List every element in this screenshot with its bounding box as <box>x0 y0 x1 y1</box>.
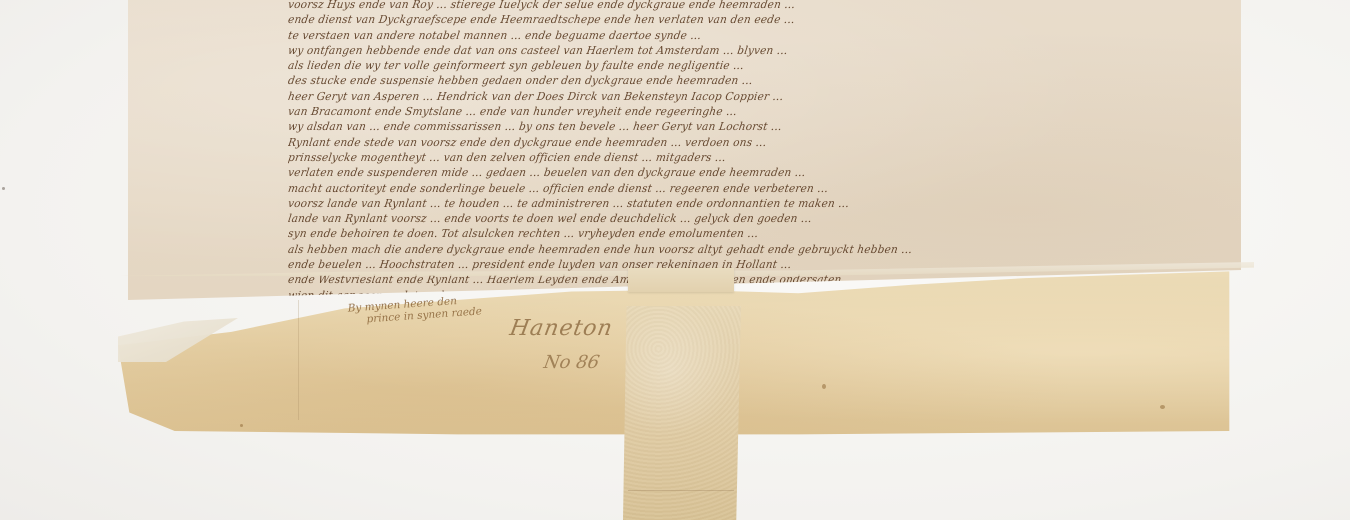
text-line: heer Geryt van Asperen ... Hendrick van … <box>288 89 1208 105</box>
seal-tag-upper <box>628 268 734 292</box>
seal-tag-strip <box>623 306 741 520</box>
secretary-signature: Haneton <box>508 316 615 341</box>
text-line: wy ontfangen hebbende ende dat van ons c… <box>288 44 1208 60</box>
text-line: Rynlant ende stede van voorsz ende den d… <box>288 135 1208 151</box>
text-line: voorsz lande van Rynlant ... te houden .… <box>288 196 1208 212</box>
text-line: macht auctoriteyt ende sonderlinge beuel… <box>288 181 1208 197</box>
text-line: ende dienst van Dyckgraefscepe ende Heem… <box>288 13 1208 29</box>
text-line: verlaten ende suspenderen mide ... gedae… <box>288 166 1208 182</box>
ink-speck <box>1160 405 1165 409</box>
text-line: des stucke ende suspensie hebben gedaen … <box>288 74 1208 90</box>
text-line: lande van Rynlant voorsz ... ende voorts… <box>288 212 1208 228</box>
fold-crease <box>298 300 299 420</box>
text-line: syn ende behoiren te doen. Tot alsulcken… <box>288 227 1208 243</box>
text-line: prinsselycke mogentheyt ... van den zelv… <box>288 151 1208 167</box>
text-line: als lieden die wy ter volle geinformeert… <box>288 59 1208 75</box>
charter-sheet: voorsz Huys ende van Roy ... stierege Iu… <box>128 0 1241 300</box>
ink-speck <box>822 384 826 389</box>
ink-speck <box>240 424 243 427</box>
ink-speck <box>2 187 5 190</box>
text-line: van Bracamont ende Smytslane ... ende va… <box>288 105 1208 121</box>
text-line: te verstaen van andere notabel mannen ..… <box>288 28 1208 44</box>
seal-tag-crease <box>628 490 734 491</box>
signature-number-mark: No 86 <box>542 352 601 373</box>
text-line: als hebben mach die andere dyckgraue end… <box>288 242 1208 258</box>
text-line: wy alsdan van ... ende commissarissen ..… <box>288 120 1208 136</box>
